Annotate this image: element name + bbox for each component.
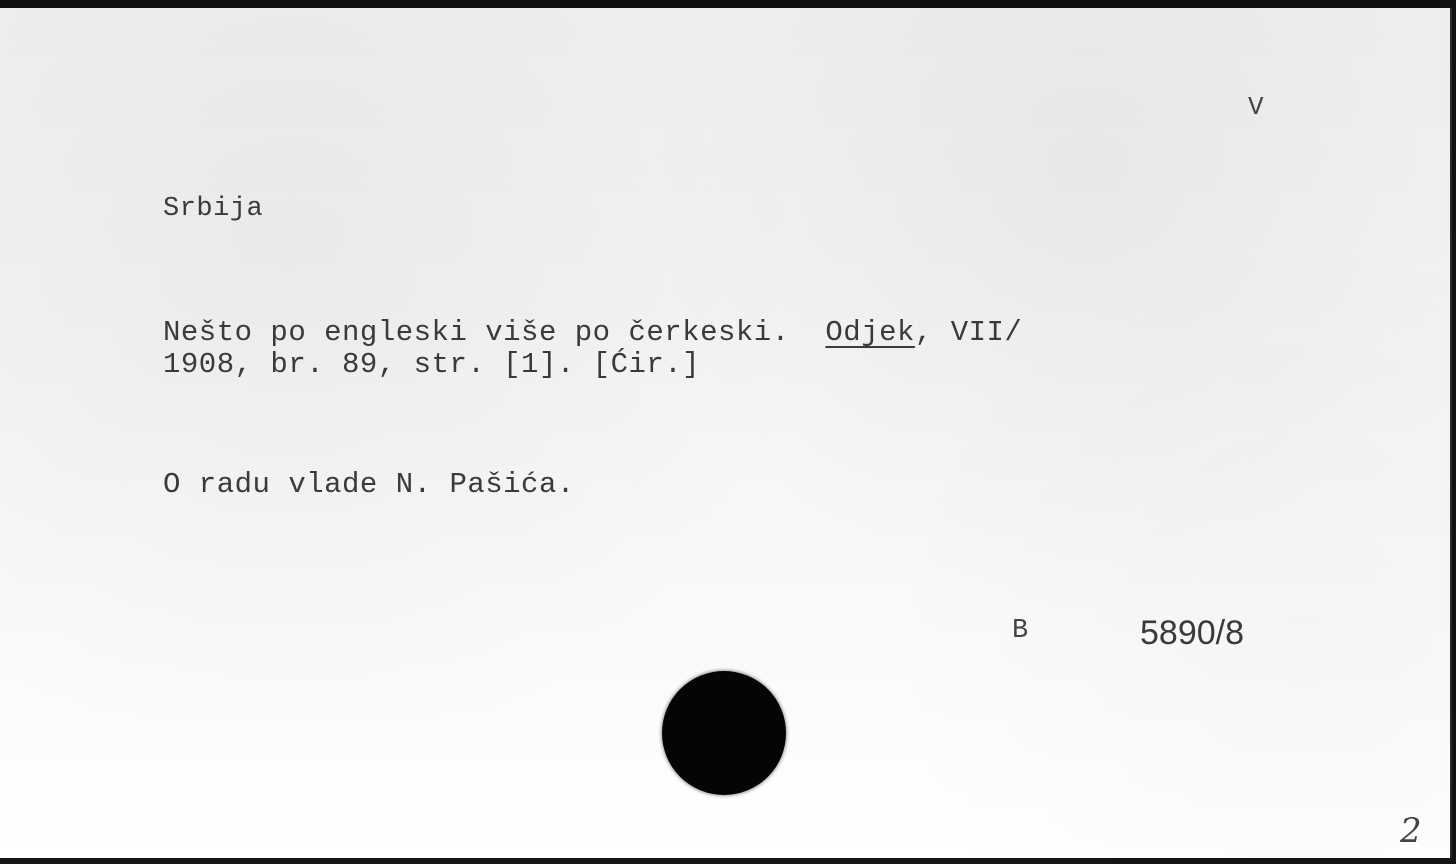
journal-volume: , VII/ (915, 316, 1022, 349)
subject-heading: Srbija (163, 196, 263, 223)
entry-citation-line: 1908, br. 89, str. [1]. [Ćir.] (163, 350, 700, 379)
entry-title-line: Nešto po engleski više po čerkeski. Odje… (163, 318, 1022, 347)
content-note: O radu vlade N. Pašića. (163, 470, 575, 499)
journal-title: Odjek (825, 316, 915, 349)
shelf-mark-letter: B (1012, 618, 1029, 645)
shelf-mark-number: 5890/8 (1140, 616, 1244, 650)
corner-letter: V (1248, 94, 1264, 120)
punch-hole-icon (662, 671, 786, 795)
handwritten-card-number: 2 (1400, 814, 1422, 848)
card-bottom-edge (0, 858, 1456, 864)
catalog-card: V Srbija Nešto po engleski više po čerke… (0, 8, 1452, 858)
article-title: Nešto po engleski više po čerkeski. (163, 316, 825, 349)
